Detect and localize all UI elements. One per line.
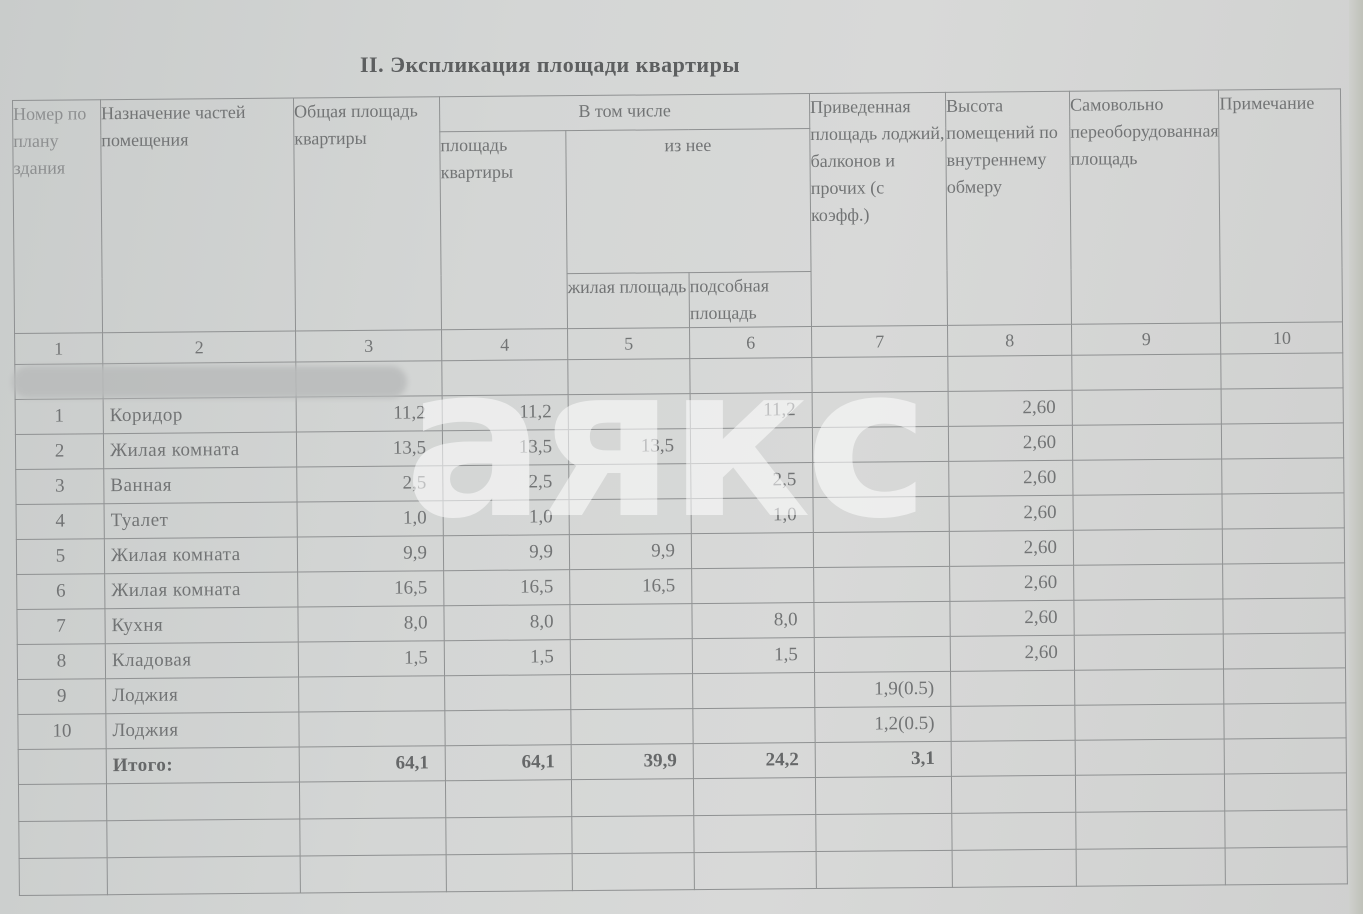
room-height	[951, 670, 1075, 706]
totals-total-area: 64,1	[299, 746, 445, 782]
unauthorized-area	[1074, 599, 1224, 635]
document-title: II. Экспликация площади квартиры	[360, 52, 740, 78]
room-height: 2,60	[948, 425, 1072, 461]
room-number: 5	[16, 539, 104, 575]
room-name: Лоджия	[106, 677, 299, 714]
living-area	[570, 604, 692, 640]
header-note: Примечание	[1219, 89, 1343, 323]
unauthorized-area	[1074, 564, 1224, 600]
total-area: 16,5	[298, 571, 444, 607]
totals-apartment-area: 64,1	[445, 745, 571, 781]
loggia-area	[814, 601, 950, 637]
room-height: 2,60	[950, 635, 1074, 671]
page-edge	[1349, 0, 1363, 914]
header-total-area: Общая площадь квартиры	[293, 97, 441, 331]
header-unauthorized-area: Самовольно переоборудованная площадь	[1069, 90, 1220, 324]
apartment-area	[445, 710, 571, 746]
auxiliary-area	[693, 708, 815, 744]
room-name: Кухня	[105, 607, 298, 644]
room-height: 2,60	[950, 600, 1074, 636]
note	[1224, 703, 1346, 739]
unauthorized-area	[1074, 634, 1224, 670]
column-number: 10	[1221, 322, 1343, 354]
unauthorized-area	[1073, 494, 1223, 530]
room-number: 1	[15, 399, 103, 435]
header-apartment-area: площадь квартиры	[440, 131, 568, 330]
room-number: 4	[16, 504, 104, 540]
header-loggia-area: Приведенная площадь лоджий, балконов и п…	[809, 92, 947, 326]
note	[1222, 458, 1344, 494]
column-number: 8	[948, 324, 1072, 356]
loggia-area	[814, 636, 950, 672]
room-number: 10	[18, 714, 106, 750]
header-including-group: В том числе	[439, 94, 809, 132]
redaction-blur	[12, 366, 407, 398]
room-number: 9	[18, 679, 106, 715]
column-number: 9	[1071, 323, 1221, 355]
room-name: Кладовая	[105, 642, 298, 679]
living-area	[571, 674, 693, 710]
room-name: Ванная	[104, 467, 297, 504]
auxiliary-area: 1,5	[692, 638, 814, 674]
room-height: 2,60	[948, 390, 1072, 426]
unauthorized-area	[1072, 389, 1222, 425]
total-area: 8,0	[298, 606, 444, 642]
note	[1223, 528, 1345, 564]
room-number: 6	[17, 574, 105, 610]
watermark: аякс	[404, 338, 924, 548]
room-number: 3	[16, 469, 104, 505]
loggia-area: 1,2(0.5)	[815, 706, 951, 742]
room-height: 2,60	[949, 530, 1073, 566]
room-height	[951, 705, 1075, 741]
unauthorized-area	[1073, 529, 1223, 565]
note	[1223, 598, 1345, 634]
living-area	[571, 709, 693, 745]
totals-living-area: 39,9	[571, 744, 693, 780]
column-number: 1	[15, 333, 103, 365]
room-name: Коридор	[103, 397, 296, 434]
note	[1223, 563, 1345, 599]
unauthorized-area	[1072, 424, 1222, 460]
auxiliary-area: 8,0	[692, 603, 814, 639]
room-name: Лоджия	[106, 712, 299, 749]
header-room-number: Номер по плану здания	[13, 100, 103, 334]
column-number: 2	[103, 331, 296, 364]
header-room-height: Высота помещений по внутреннему обмеру	[945, 91, 1071, 325]
living-area: 16,5	[570, 569, 692, 605]
room-name: Жилая комната	[103, 432, 296, 469]
totals-auxiliary-area: 24,2	[693, 743, 815, 779]
room-height: 2,60	[949, 495, 1073, 531]
total-area	[299, 676, 445, 712]
totals-label: Итого:	[106, 747, 299, 784]
note	[1221, 388, 1343, 424]
auxiliary-area	[692, 568, 814, 604]
unauthorized-area	[1075, 669, 1225, 705]
note	[1224, 633, 1346, 669]
apartment-area	[445, 675, 571, 711]
loggia-area: 1,9(0.5)	[815, 671, 951, 707]
note	[1224, 668, 1346, 704]
room-name: Жилая комната	[105, 572, 298, 609]
living-area	[570, 639, 692, 675]
note	[1222, 423, 1344, 459]
room-name: Туалет	[104, 502, 297, 539]
header-of-which-group: из нее	[566, 129, 811, 274]
apartment-area: 16,5	[444, 570, 570, 606]
apartment-area: 8,0	[444, 605, 570, 641]
room-number: 8	[17, 644, 105, 680]
totals-loggia-area: 3,1	[815, 741, 951, 777]
unauthorized-area	[1073, 459, 1223, 495]
total-area	[299, 711, 445, 747]
note	[1222, 493, 1344, 529]
unauthorized-area	[1075, 704, 1225, 740]
loggia-area	[814, 566, 950, 602]
room-height: 2,60	[950, 565, 1074, 601]
room-number: 2	[15, 434, 103, 470]
auxiliary-area	[693, 673, 815, 709]
room-height: 2,60	[949, 460, 1073, 496]
room-name: Жилая комната	[104, 537, 297, 574]
apartment-area: 1,5	[444, 640, 570, 676]
header-room-purpose: Назначение частей помещения	[101, 98, 296, 333]
room-number: 7	[17, 609, 105, 645]
total-area: 1,5	[298, 641, 444, 677]
